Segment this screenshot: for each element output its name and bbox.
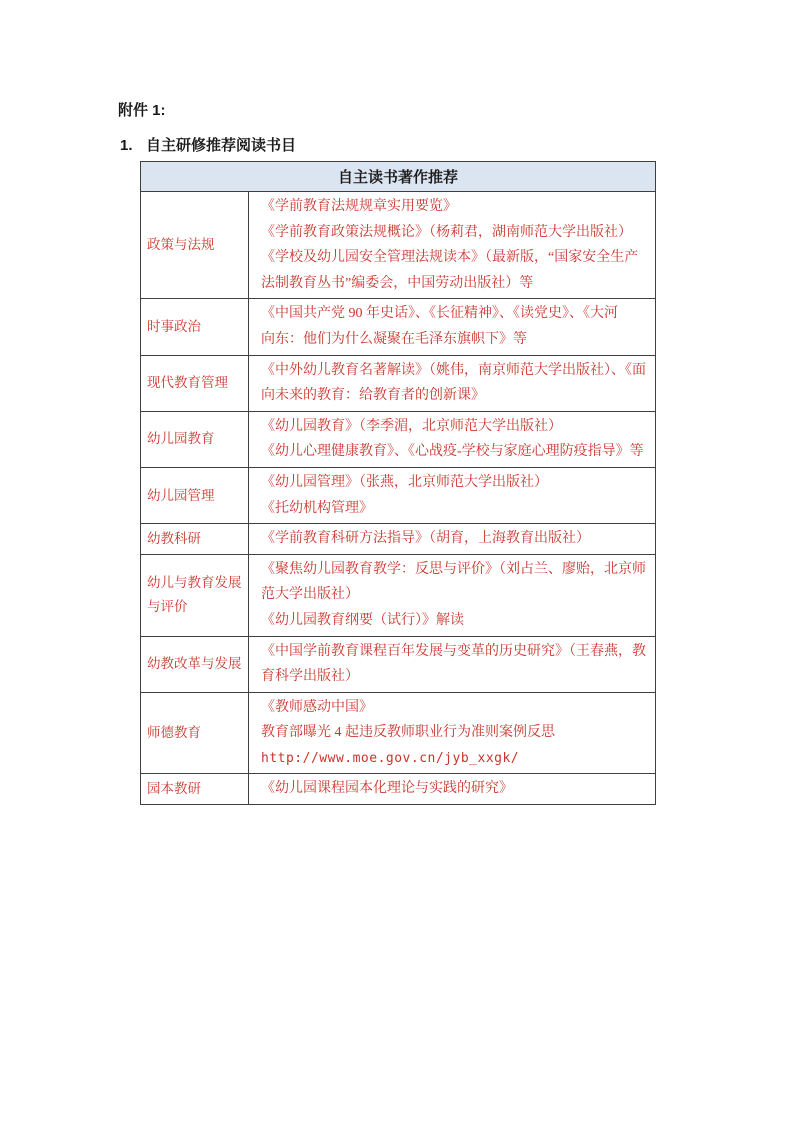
table-title: 自主读书著作推荐 bbox=[141, 162, 656, 192]
table-row: 幼教改革与发展《中国学前教育课程百年发展与变革的历史研究》（王春燕，教育科学出版… bbox=[141, 636, 656, 692]
book-line: 《中外幼儿教育名著解读》（姚伟，南京师范大学出版社）、《面 bbox=[261, 358, 653, 384]
books-cell: 《中国学前教育课程百年发展与变革的历史研究》（王春燕，教育科学出版社） bbox=[249, 636, 656, 692]
table-row: 幼儿园教育《幼儿园教育》（李季湄，北京师范大学出版社）《幼儿心理健康教育》、《心… bbox=[141, 411, 656, 467]
category-cell: 时事政治 bbox=[141, 299, 249, 355]
category-cell: 园本教研 bbox=[141, 774, 249, 805]
reading-table: 自主读书著作推荐 政策与法规《学前教育法规规章实用要览》《学前教育政策法规概论》… bbox=[140, 161, 656, 805]
book-line: 向东：他们为什么凝聚在毛泽东旗帜下》等 bbox=[261, 327, 653, 353]
section-title: 自主研修推荐阅读书目 bbox=[146, 137, 296, 154]
category-cell: 师德教育 bbox=[141, 692, 249, 774]
books-cell: 《幼儿园管理》（张燕，北京师范大学出版社）《托幼机构管理》 bbox=[249, 467, 656, 523]
category-cell: 现代教育管理 bbox=[141, 355, 249, 411]
book-line: 法制教育丛书”编委会，中国劳动出版社）等 bbox=[261, 271, 653, 297]
table-row: 现代教育管理《中外幼儿教育名著解读》（姚伟，南京师范大学出版社）、《面向未来的教… bbox=[141, 355, 656, 411]
books-cell: 《幼儿园课程园本化理论与实践的研究》 bbox=[249, 774, 656, 805]
category-cell: 幼儿园管理 bbox=[141, 467, 249, 523]
attachment-label: 附件 1: bbox=[118, 99, 166, 120]
table-row: 师德教育《教师感动中国》教育部曝光 4 起违反教师职业行为准则案例反思http:… bbox=[141, 692, 656, 774]
book-line: 范大学出版社） bbox=[261, 582, 653, 608]
category-cell: 幼教科研 bbox=[141, 524, 249, 555]
book-line: 《幼儿心理健康教育》、《心战疫-学校与家庭心理防疫指导》等 bbox=[261, 439, 653, 465]
category-cell: 幼儿与教育发展与评价 bbox=[141, 554, 249, 636]
book-line: 《学校及幼儿园安全管理法规读本》（最新版，“国家安全生产 bbox=[261, 245, 653, 271]
table-header-row: 自主读书著作推荐 bbox=[141, 162, 656, 192]
table-row: 园本教研《幼儿园课程园本化理论与实践的研究》 bbox=[141, 774, 656, 805]
book-line: 《聚焦幼儿园教育教学：反思与评价》（刘占兰、廖贻，北京师 bbox=[261, 557, 653, 583]
table-body: 政策与法规《学前教育法规规章实用要览》《学前教育政策法规概论》（杨莉君，湖南师范… bbox=[141, 192, 656, 805]
category-cell: 幼儿园教育 bbox=[141, 411, 249, 467]
book-line: 《学前教育政策法规概论》（杨莉君，湖南师范大学出版社） bbox=[261, 220, 653, 246]
book-line: 《中国共产党 90 年史话》、《长征精神》、《读党史》、《大河 bbox=[261, 301, 653, 327]
list-number: 1. bbox=[120, 137, 146, 154]
book-line: 育科学出版社） bbox=[261, 664, 653, 690]
books-cell: 《幼儿园教育》（李季湄，北京师范大学出版社）《幼儿心理健康教育》、《心战疫-学校… bbox=[249, 411, 656, 467]
book-line: 《幼儿园教育纲要（试行）》解读 bbox=[261, 608, 653, 634]
category-cell: 政策与法规 bbox=[141, 192, 249, 299]
document-page: 附件 1: 1.自主研修推荐阅读书目 自主读书著作推荐 政策与法规《学前教育法规… bbox=[0, 0, 793, 1122]
book-line: 《中国学前教育课程百年发展与变革的历史研究》（王春燕，教 bbox=[261, 639, 653, 665]
book-line: 《学前教育法规规章实用要览》 bbox=[261, 194, 653, 220]
url-link[interactable]: http://www.moe.gov.cn/jyb_xxgk/ bbox=[261, 746, 653, 772]
book-line: 《幼儿园教育》（李季湄，北京师范大学出版社） bbox=[261, 414, 653, 440]
table-row: 幼儿与教育发展与评价《聚焦幼儿园教育教学：反思与评价》（刘占兰、廖贻，北京师范大… bbox=[141, 554, 656, 636]
books-cell: 《学前教育法规规章实用要览》《学前教育政策法规概论》（杨莉君，湖南师范大学出版社… bbox=[249, 192, 656, 299]
book-line: 《托幼机构管理》 bbox=[261, 496, 653, 522]
table-row: 政策与法规《学前教育法规规章实用要览》《学前教育政策法规概论》（杨莉君，湖南师范… bbox=[141, 192, 656, 299]
book-line: 向未来的教育：给教育者的创新课》 bbox=[261, 383, 653, 409]
book-line: 《学前教育科研方法指导》（胡育，上海教育出版社） bbox=[261, 526, 653, 552]
book-line: 教育部曝光 4 起违反教师职业行为准则案例反思 bbox=[261, 720, 653, 746]
book-line: 《幼儿园课程园本化理论与实践的研究》 bbox=[261, 776, 653, 802]
book-line: 《教师感动中国》 bbox=[261, 695, 653, 721]
table-row: 幼儿园管理《幼儿园管理》（张燕，北京师范大学出版社）《托幼机构管理》 bbox=[141, 467, 656, 523]
table-row: 时事政治《中国共产党 90 年史话》、《长征精神》、《读党史》、《大河向东：他们… bbox=[141, 299, 656, 355]
books-cell: 《聚焦幼儿园教育教学：反思与评价》（刘占兰、廖贻，北京师范大学出版社）《幼儿园教… bbox=[249, 554, 656, 636]
category-cell: 幼教改革与发展 bbox=[141, 636, 249, 692]
book-line: 《幼儿园管理》（张燕，北京师范大学出版社） bbox=[261, 470, 653, 496]
table-row: 幼教科研《学前教育科研方法指导》（胡育，上海教育出版社） bbox=[141, 524, 656, 555]
books-cell: 《中外幼儿教育名著解读》（姚伟，南京师范大学出版社）、《面向未来的教育：给教育者… bbox=[249, 355, 656, 411]
books-cell: 《中国共产党 90 年史话》、《长征精神》、《读党史》、《大河向东：他们为什么凝… bbox=[249, 299, 656, 355]
books-cell: 《学前教育科研方法指导》（胡育，上海教育出版社） bbox=[249, 524, 656, 555]
books-cell: 《教师感动中国》教育部曝光 4 起违反教师职业行为准则案例反思http://ww… bbox=[249, 692, 656, 774]
section-heading: 1.自主研修推荐阅读书目 bbox=[120, 134, 296, 155]
